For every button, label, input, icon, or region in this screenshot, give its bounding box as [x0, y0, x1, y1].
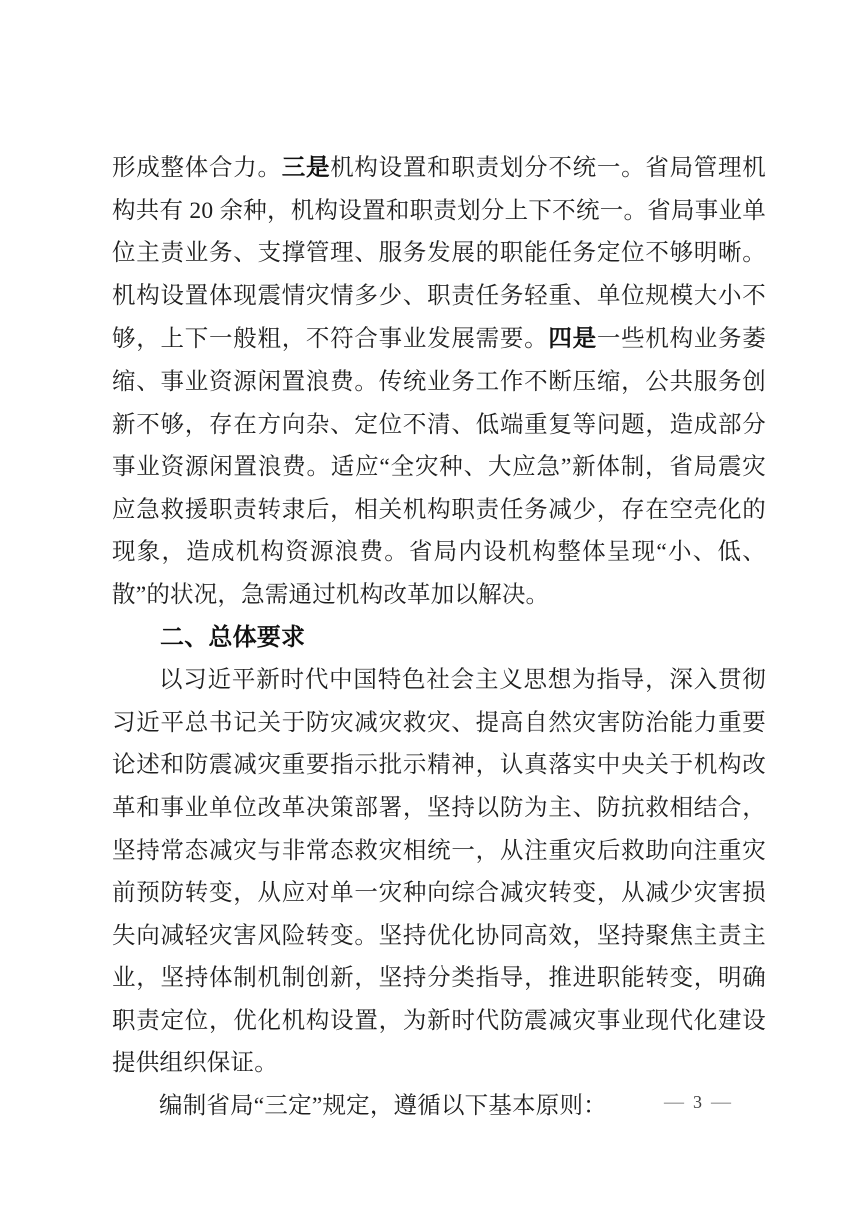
bold-marker-third-point: 三是 — [282, 154, 330, 180]
page-number-dash-left: — — [664, 1092, 684, 1111]
para1-lead-text: 形成整体合力。 — [112, 155, 282, 181]
para1-segment-a-text: 机构设置和职责划分不统一。省局管理机构共有 20 余种，机构设置和职责划分上下不… — [112, 155, 766, 352]
para1-segment-b-text: 一些机构业务萎缩、事业资源闲置浪费。传统业务工作不断压缩，公共服务创新不够，存在… — [112, 326, 766, 608]
paragraph-continuation-problems: 形成整体合力。三是机构设置和职责划分不统一。省局管理机构共有 20 余种，机构设… — [112, 146, 766, 617]
section-heading-overall-requirements: 二、总体要求 — [112, 617, 766, 660]
page-footer: — 3 — — [664, 1090, 731, 1114]
page-number-dash-right: — — [711, 1092, 731, 1111]
document-page: 形成整体合力。三是机构设置和职责划分不统一。省局管理机构共有 20 余种，机构设… — [0, 0, 866, 1225]
page-number: 3 — [691, 1090, 704, 1114]
document-body: 形成整体合力。三是机构设置和职责划分不统一。省局管理机构共有 20 余种，机构设… — [112, 146, 766, 1128]
paragraph-guiding-ideology: 以习近平新时代中国特色社会主义思想为指导，深入贯彻习近平总书记关于防灾减灾救灾、… — [112, 659, 766, 1085]
bold-marker-fourth-point: 四是 — [548, 325, 596, 351]
